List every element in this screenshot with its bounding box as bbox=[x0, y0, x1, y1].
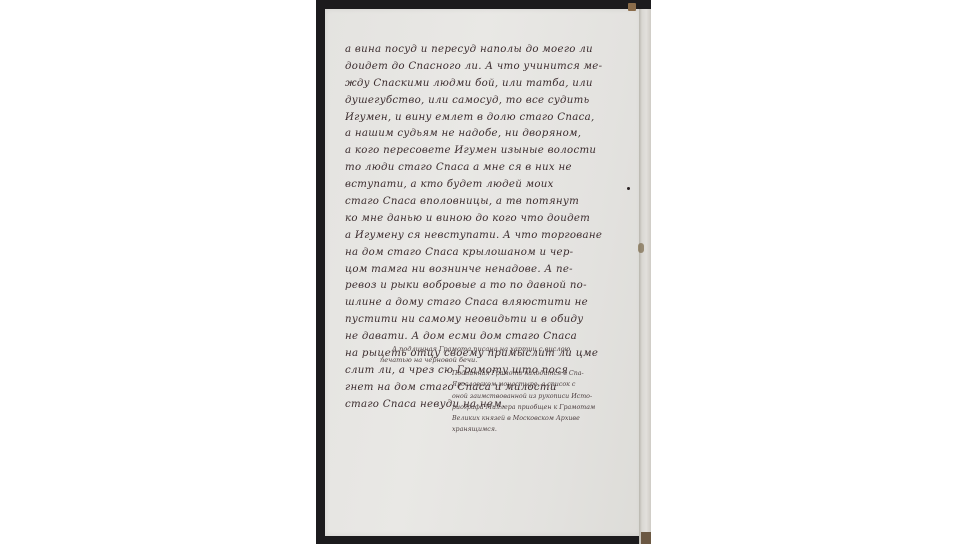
text-line: душегубство, или самосуд, то все судить bbox=[345, 93, 627, 110]
footnote-original-charter: А подлинная Грамота писана на хартии с в… bbox=[380, 344, 642, 366]
text-line: ревоз и рыки вобровые а то по давной по- bbox=[345, 278, 627, 295]
text-line: доидет до Спасного ли. А что учинится ме… bbox=[345, 59, 627, 76]
text-line: стаго Спаса вполовницы, а тв потянут bbox=[345, 194, 627, 211]
text-line: цом тамга ни вознинче ненадове. А пе- bbox=[345, 262, 627, 279]
paper-stain bbox=[638, 243, 644, 253]
text-line: а нашим судьям не надобе, ни дворяном, bbox=[345, 126, 627, 143]
text-line: на дом стаго Спаса крылошаном и чер- bbox=[345, 245, 627, 262]
footnote-line: хранящимся. bbox=[452, 424, 642, 435]
footnote-line: А подлинная Грамота писана на хартии с в… bbox=[380, 344, 642, 355]
text-line: а кого пересовете Игумен изыные волости bbox=[345, 143, 627, 160]
text-line: вступати, а кто будет людей моих bbox=[345, 177, 627, 194]
footnote-archive-location: Подлинная Грамота находится в Спа- Яросл… bbox=[452, 368, 642, 436]
ink-dot bbox=[627, 187, 630, 190]
footnote-line: Ярославском монастыре, а список с bbox=[452, 379, 642, 390]
footnote-line: Подлинная Грамота находится в Спа- bbox=[452, 368, 642, 379]
footnote-line: печатью на черновой бечи. bbox=[380, 355, 642, 366]
footnote-line: Великих князей в Московском Архиве bbox=[452, 413, 642, 424]
text-line: ко мне данью и виною до кого что доидет bbox=[345, 211, 627, 228]
text-line: жду Спаскими людми бой, или татба, или bbox=[345, 76, 627, 93]
text-line: а Игумену ся невступати. А что торговане bbox=[345, 228, 627, 245]
footnote-line: оной заимствованной из рукописи Исто- bbox=[452, 391, 642, 402]
footnote-line: риографа Миллера приобщен к Грамотам bbox=[452, 402, 642, 413]
text-line: Игумен, и вину емлет в долю стаго Спаса, bbox=[345, 110, 627, 127]
binding-edge bbox=[639, 9, 651, 544]
binding-tab-bottom bbox=[641, 532, 651, 544]
text-line: а вина посуд и пересуд наполы до моего л… bbox=[345, 42, 627, 59]
text-line: шлине а дому стаго Спаса вляюстити не bbox=[345, 295, 627, 312]
text-line: то люди стаго Спаса а мне ся в них не bbox=[345, 160, 627, 177]
binding-tab-top bbox=[628, 3, 636, 11]
text-line: пустити ни самому неовидьти и в обиду bbox=[345, 312, 627, 329]
